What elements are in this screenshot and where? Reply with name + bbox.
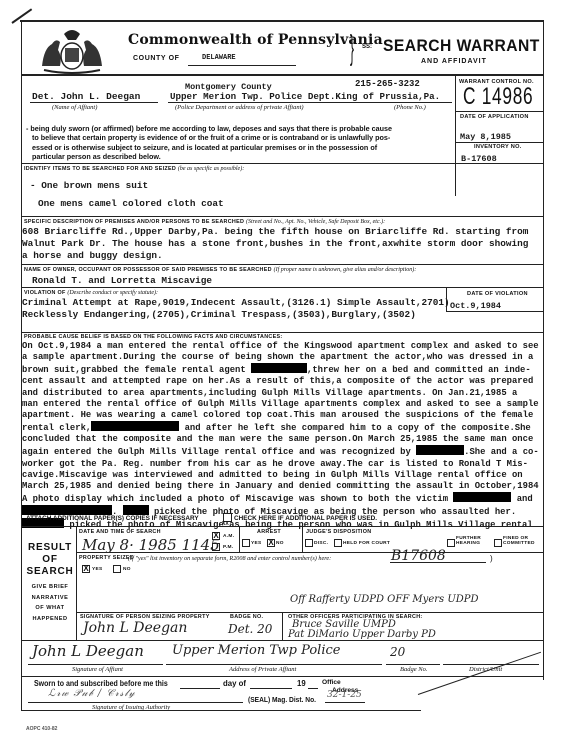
violation-divider bbox=[21, 287, 543, 288]
signature-divider bbox=[21, 640, 543, 641]
attach-paper-note: ATTACH ADDITIONAL PAPER(S) COPIES IF NEC… bbox=[26, 515, 199, 522]
pc-line: apartment. He was wearing a camel colore… bbox=[22, 410, 539, 421]
items-label: IDENTIFY ITEMS TO BE SEARCHED FOR AND SE… bbox=[24, 166, 244, 172]
arrest-no-label: NO bbox=[276, 541, 284, 546]
address-caption: Address of Private Affiant bbox=[229, 666, 296, 673]
sworn-year-prefix: 19 bbox=[297, 679, 306, 688]
pm-label: P.M. bbox=[223, 545, 233, 550]
redaction-bar bbox=[123, 505, 149, 515]
affiant-name-line bbox=[30, 102, 158, 103]
violation-date-divider bbox=[446, 287, 447, 311]
phone-value: 215-265-3232 bbox=[355, 79, 420, 89]
disc-label: DISC. bbox=[314, 541, 328, 546]
pc-line: cent assault and attempted rape on her.A… bbox=[22, 376, 539, 387]
seizer-signature: John L Deegan bbox=[83, 620, 187, 636]
warrant-control-value: C 14986 bbox=[463, 85, 533, 109]
probable-cause-divider bbox=[21, 332, 543, 333]
header-divider bbox=[21, 74, 543, 76]
pc-line: and distributed to area apartments,inclu… bbox=[22, 388, 539, 399]
redaction-bar bbox=[416, 445, 464, 455]
phone-caption: (Phone No.) bbox=[394, 104, 426, 111]
badge-caption: Badge No. bbox=[400, 666, 427, 673]
probable-cause-text: On Oct.9,1984 a man entered the rental o… bbox=[22, 341, 539, 532]
mag-dist-line bbox=[325, 702, 365, 703]
pc-line: rental clerk, and after he left she comp… bbox=[22, 421, 539, 434]
property-control-line bbox=[390, 562, 486, 563]
further-hearing-label: FURTHER HEARING bbox=[456, 536, 481, 546]
violation-text: Criminal Attempt at Rape,9019,Indecent A… bbox=[22, 297, 450, 321]
premises-label: SPECIFIC DESCRIPTION OF PREMISES AND/OR … bbox=[24, 219, 385, 225]
held-for-court-label: HELD FOR COURT bbox=[343, 541, 390, 546]
form-code: AOPC 410-82 bbox=[26, 726, 57, 732]
badge-line bbox=[386, 664, 440, 665]
mag-dist-value: 32-1-25 bbox=[327, 690, 362, 700]
arrest-left-divider bbox=[239, 526, 240, 552]
property-divider bbox=[76, 552, 543, 553]
arrest-yes-label: YES bbox=[251, 541, 262, 546]
sworn-year-line bbox=[308, 688, 318, 689]
address-line bbox=[166, 664, 382, 665]
brace: } bbox=[350, 28, 354, 68]
sworn-day-line bbox=[180, 688, 220, 689]
corner-cut-line bbox=[418, 652, 541, 695]
date-of-violation-value: Oct.9,1984 bbox=[450, 301, 501, 311]
oath-text: - being duly sworn (or affirmed) before … bbox=[26, 124, 392, 162]
check-paper-note: CHECK HERE IF ADDITIONAL PAPER IS USED. bbox=[234, 515, 377, 522]
give-brief-narrative: GIVE BRIEF NARRATIVE OF WHAT HAPPENED bbox=[24, 582, 76, 624]
property-close-paren: ) bbox=[490, 554, 493, 563]
affiant-badge-value: 20 bbox=[390, 645, 405, 659]
narrative-officers-note: Off Rafferty UDPD OFF Myers UDPD bbox=[290, 594, 479, 605]
further-hearing-checkbox[interactable] bbox=[447, 539, 455, 547]
seizer-badge-value: Det. 20 bbox=[228, 622, 272, 636]
redaction-bar bbox=[453, 492, 511, 502]
property-seized-note: (If "yes" list inventory on separate for… bbox=[128, 555, 331, 562]
property-seized-label: PROPERTY SEIZED bbox=[79, 555, 134, 561]
pc-line: a sample apartment.During the course of … bbox=[22, 352, 539, 363]
inventory-label: INVENTORY No. bbox=[474, 144, 522, 150]
redaction-bar bbox=[91, 421, 179, 431]
pc-line: again entered the Gulph Mills Village re… bbox=[22, 445, 539, 458]
judge-left-divider bbox=[302, 526, 303, 552]
affiant-name-caption: (Name of Affiant) bbox=[52, 104, 97, 111]
fined-committed-checkbox[interactable] bbox=[494, 539, 502, 547]
probable-cause-label: PROBABLE CAUSE BELIEF IS BASED ON THE FO… bbox=[24, 334, 283, 340]
officers-left-divider bbox=[282, 612, 283, 640]
am-checkbox[interactable]: X bbox=[212, 532, 220, 540]
item-1: - One brown mens suit bbox=[30, 180, 148, 192]
sworn-month-line bbox=[250, 688, 292, 689]
county-value: DELAWARE bbox=[202, 54, 236, 62]
redaction-bar bbox=[22, 505, 112, 515]
search-warrant-title: SEARCH WARRANT bbox=[383, 36, 540, 56]
pennsylvania-seal-icon bbox=[34, 26, 110, 74]
owner-value: Ronald T. and Lorretta Miscavige bbox=[32, 275, 212, 287]
item-2: One mens camel colored cloth coat bbox=[38, 198, 224, 210]
result-divider bbox=[21, 526, 543, 527]
issuing-authority-signature: ℒ𝓇𝓌 𝒫𝓊𝒷 / 𝒞𝓇𝓈𝓁𝓎 bbox=[48, 688, 136, 699]
date-of-application-value: May 8,1985 bbox=[460, 132, 511, 142]
date-of-violation-label: DATE OF VIOLATION bbox=[467, 291, 528, 297]
pc-line: man entered the rental office of Gulph M… bbox=[22, 399, 539, 410]
items-divider bbox=[21, 163, 543, 164]
other-officers-line-2: Pat DiMario Upper Darby PD bbox=[288, 629, 436, 640]
arrest-yes-checkbox[interactable] bbox=[242, 539, 250, 547]
result-left-divider bbox=[76, 526, 77, 640]
ss-label: SS: bbox=[362, 44, 372, 50]
pc-line: A photo display which included a photo o… bbox=[22, 492, 539, 505]
county-label: COUNTY OF bbox=[133, 55, 180, 62]
pc-line: cavige.Miscavige was interviewed and adm… bbox=[22, 470, 539, 481]
result-of-search-title: RESULT OF SEARCH bbox=[24, 542, 76, 578]
seizer-divider bbox=[76, 612, 543, 613]
dept-line bbox=[168, 102, 452, 103]
sidebar-line-1 bbox=[455, 111, 543, 112]
owner-label: NAME OF OWNER, OCCUPANT OR POSSESSOR OF … bbox=[24, 267, 416, 273]
am-label: A.M. bbox=[223, 534, 234, 539]
arrest-label: ARREST bbox=[257, 529, 281, 535]
district-line bbox=[443, 664, 539, 665]
date-of-application-label: DATE OF APPLICATION bbox=[460, 114, 529, 120]
pc-line: worker got the Pa. Reg. number from his … bbox=[22, 459, 539, 470]
sidebar-line-2 bbox=[455, 142, 543, 143]
bottom-border bbox=[21, 710, 421, 711]
top-border bbox=[20, 20, 543, 22]
held-for-court-checkbox[interactable] bbox=[334, 539, 342, 547]
owner-divider bbox=[21, 264, 543, 265]
property-no-checkbox[interactable] bbox=[113, 565, 121, 573]
commonwealth-title: Commonwealth of Pennsylvania bbox=[128, 32, 383, 48]
sworn-text: Sworn to and subscribed before me this bbox=[34, 679, 168, 688]
fined-committed-label: FINED OR COMMITTED bbox=[503, 536, 535, 546]
premises-divider bbox=[21, 216, 543, 217]
dept-line-2: Upper Merion Twp. Police Dept.King of Pr… bbox=[170, 91, 440, 102]
right-border bbox=[543, 20, 544, 680]
seal-mag-dist-label: (SEAL) Mag. Dist. No. bbox=[248, 695, 316, 704]
pc-line: brown suit,grabbed the female rental age… bbox=[22, 363, 539, 376]
arrest-no-checkbox[interactable]: X bbox=[267, 539, 275, 547]
property-yes-label: YES bbox=[92, 567, 103, 572]
pc-line: concluded that the composite and the man… bbox=[22, 434, 539, 445]
affiant-signature-line bbox=[28, 664, 163, 665]
county-underline bbox=[188, 65, 296, 66]
seizer-badge-label: BADGE NO. bbox=[230, 614, 263, 620]
sworn-day-of: day of bbox=[223, 679, 246, 688]
premises-text: 608 Briarcliffe Rd.,Upper Darby,Pa. bein… bbox=[22, 226, 528, 263]
sidebar-divider bbox=[455, 74, 456, 196]
bottom-left-border bbox=[21, 676, 22, 710]
affiant-name: Det. John L. Deegan bbox=[32, 91, 140, 102]
affiant-signature-caption: Signature of Affiant bbox=[72, 666, 123, 673]
dept-caption: (Police Department or address of private… bbox=[175, 104, 304, 111]
pc-line: March 25,1985 and denied being there in … bbox=[22, 481, 539, 492]
judge-disposition-label: JUDGE'S DISPOSITION bbox=[306, 529, 371, 535]
affidavit-subtitle: AND AFFIDAVIT bbox=[421, 58, 487, 65]
property-yes-checkbox[interactable]: X bbox=[82, 565, 90, 573]
affiant-address-value: Upper Merion Twp Police bbox=[172, 643, 340, 658]
issuing-authority-line bbox=[28, 702, 243, 703]
office-label: Office bbox=[322, 679, 341, 686]
affiant-signature: John L Deegan bbox=[32, 642, 144, 660]
property-no-label: NO bbox=[123, 567, 131, 572]
date-time-search-label: DATE AND TIME OF SEARCH bbox=[79, 529, 161, 535]
violation-date-bottom bbox=[446, 311, 543, 312]
violation-label: VIOLATION OF (Describe conduct or specif… bbox=[24, 290, 158, 296]
pm-checkbox[interactable] bbox=[212, 543, 220, 551]
redaction-bar bbox=[251, 363, 307, 373]
disc-checkbox[interactable] bbox=[305, 539, 313, 547]
pc-line: On Oct.9,1984 a man entered the rental o… bbox=[22, 341, 539, 352]
